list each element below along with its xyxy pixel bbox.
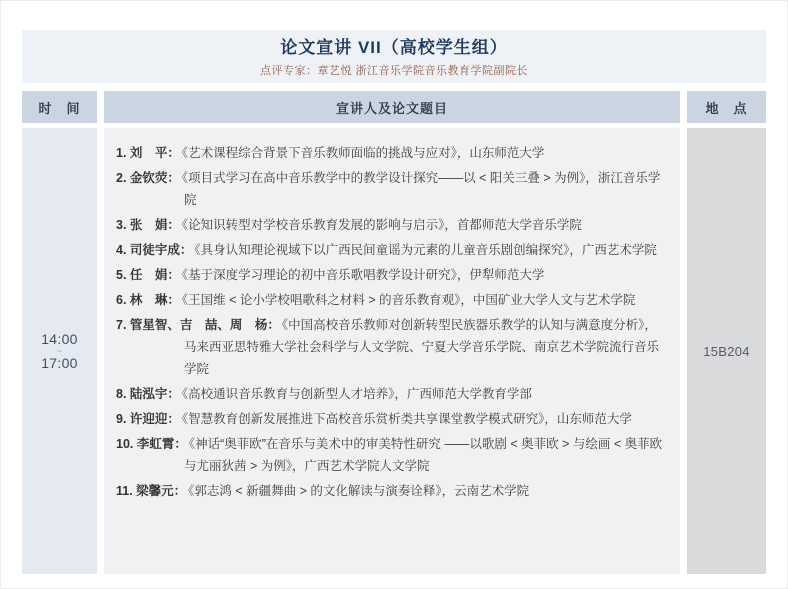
presenter-label: 10. 李虹霄：	[116, 437, 187, 451]
paper-title: 《郭志鸿 < 新疆舞曲 > 的文化解读与演奏诠释》，云南艺术学院	[188, 484, 529, 498]
presentation-item: 11. 梁馨元：《郭志鸿 < 新疆舞曲 > 的文化解读与演奏诠释》，云南艺术学院	[116, 480, 664, 502]
time-separator: ~	[57, 347, 63, 355]
column-header-presenters: 宣讲人及论文题目	[104, 91, 680, 123]
schedule-table: 时 间 宣讲人及论文题目 地 点 14:00 ~ 17:00 1. 刘 平：《艺…	[22, 91, 766, 574]
presenter-label: 5. 任 娟：	[116, 268, 180, 282]
presenter-label: 7. 管星智、吉 喆、周 杨：	[116, 318, 280, 332]
presentation-item: 4. 司徒宇成：《具身认知理论视域下以广西民间童谣为元素的儿童音乐剧创编探究》，…	[116, 239, 664, 261]
time-cell: 14:00 ~ 17:00	[22, 128, 97, 574]
column-header-location: 地 点	[687, 91, 766, 123]
paper-title: 《项目式学习在高中音乐教学中的教学设计探究——以 < 阳关三叠 > 为例》，浙江…	[182, 171, 661, 207]
presentation-item: 2. 金钦荧：《项目式学习在高中音乐教学中的教学设计探究——以 < 阳关三叠 >…	[116, 167, 664, 211]
presentation-item: 5. 任 娟：《基于深度学习理论的初中音乐歌唱教学设计研究》，伊犁师范大学	[116, 264, 664, 286]
presentation-item: 3. 张 娟：《论知识转型对学校音乐教育发展的影响与启示》，首都师范大学音乐学院	[116, 214, 664, 236]
presenters-cell: 1. 刘 平：《艺术课程综合背景下音乐教师面临的挑战与应对》，山东师范大学2. …	[104, 128, 680, 574]
paper-title: 《高校通识音乐教育与创新型人才培养》，广西师范大学教育学部	[182, 387, 532, 401]
paper-title: 《艺术课程综合背景下音乐教师面临的挑战与应对》，山东师范大学	[182, 146, 545, 160]
presentation-item: 7. 管星智、吉 喆、周 杨：《中国高校音乐教师对创新转型民族器乐教学的认知与满…	[116, 314, 664, 380]
paper-title: 《神话“奥菲欧”在音乐与美术中的审美特性研究 ——以歌剧 < 奥菲欧 > 与绘画…	[184, 437, 662, 473]
presentation-item: 9. 许迎迎：《智慧教育创新发展推进下高校音乐赏析类共享课堂教学模式研究》，山东…	[116, 408, 664, 430]
presenter-label: 6. 林 琳：	[116, 293, 180, 307]
presentation-item: 10. 李虹霄：《神话“奥菲欧”在音乐与美术中的审美特性研究 ——以歌剧 < 奥…	[116, 433, 664, 477]
time-start: 14:00	[41, 331, 78, 347]
paper-title: 《智慧教育创新发展推进下高校音乐赏析类共享课堂教学模式研究》，山东师范大学	[182, 412, 632, 426]
presentation-item: 1. 刘 平：《艺术课程综合背景下音乐教师面临的挑战与应对》，山东师范大学	[116, 142, 664, 164]
column-header-time: 时 间	[22, 91, 97, 123]
presenter-label: 8. 陆泓宇：	[116, 387, 180, 401]
paper-title: 《王国维 < 论小学校唱歌科之材料 > 的音乐教育观》，中国矿业大学人文与艺术学…	[182, 293, 636, 307]
presenter-label: 3. 张 娟：	[116, 218, 180, 232]
time-end: 17:00	[41, 355, 78, 371]
presenter-label: 11. 梁馨元：	[116, 484, 186, 498]
session-reviewer: 点评专家：章艺悦 浙江音乐学院音乐教育学院副院长	[22, 62, 766, 78]
presentation-item: 6. 林 琳：《王国维 < 论小学校唱歌科之材料 > 的音乐教育观》，中国矿业大…	[116, 289, 664, 311]
presenter-label: 9. 许迎迎：	[116, 412, 180, 426]
session-header: 论文宣讲 VII（高校学生组） 点评专家：章艺悦 浙江音乐学院音乐教育学院副院长	[22, 30, 766, 83]
presentation-item: 8. 陆泓宇：《高校通识音乐教育与创新型人才培养》，广西师范大学教育学部	[116, 383, 664, 405]
presentation-list: 1. 刘 平：《艺术课程综合背景下音乐教师面临的挑战与应对》，山东师范大学2. …	[116, 142, 664, 502]
paper-title: 《论知识转型对学校音乐教育发展的影响与启示》，首都师范大学音乐学院	[182, 218, 582, 232]
presenter-label: 1. 刘 平：	[116, 146, 180, 160]
session-title: 论文宣讲 VII（高校学生组）	[22, 37, 766, 59]
presenter-label: 4. 司徒宇成：	[116, 243, 192, 257]
presenter-label: 2. 金钦荧：	[116, 171, 180, 185]
location-cell: 15B204	[687, 128, 766, 574]
program-page: 论文宣讲 VII（高校学生组） 点评专家：章艺悦 浙江音乐学院音乐教育学院副院长…	[0, 0, 788, 589]
paper-title: 《具身认知理论视域下以广西民间童谣为元素的儿童音乐剧创编探究》，广西艺术学院	[194, 243, 657, 257]
paper-title: 《基于深度学习理论的初中音乐歌唱教学设计研究》，伊犁师范大学	[182, 268, 545, 282]
